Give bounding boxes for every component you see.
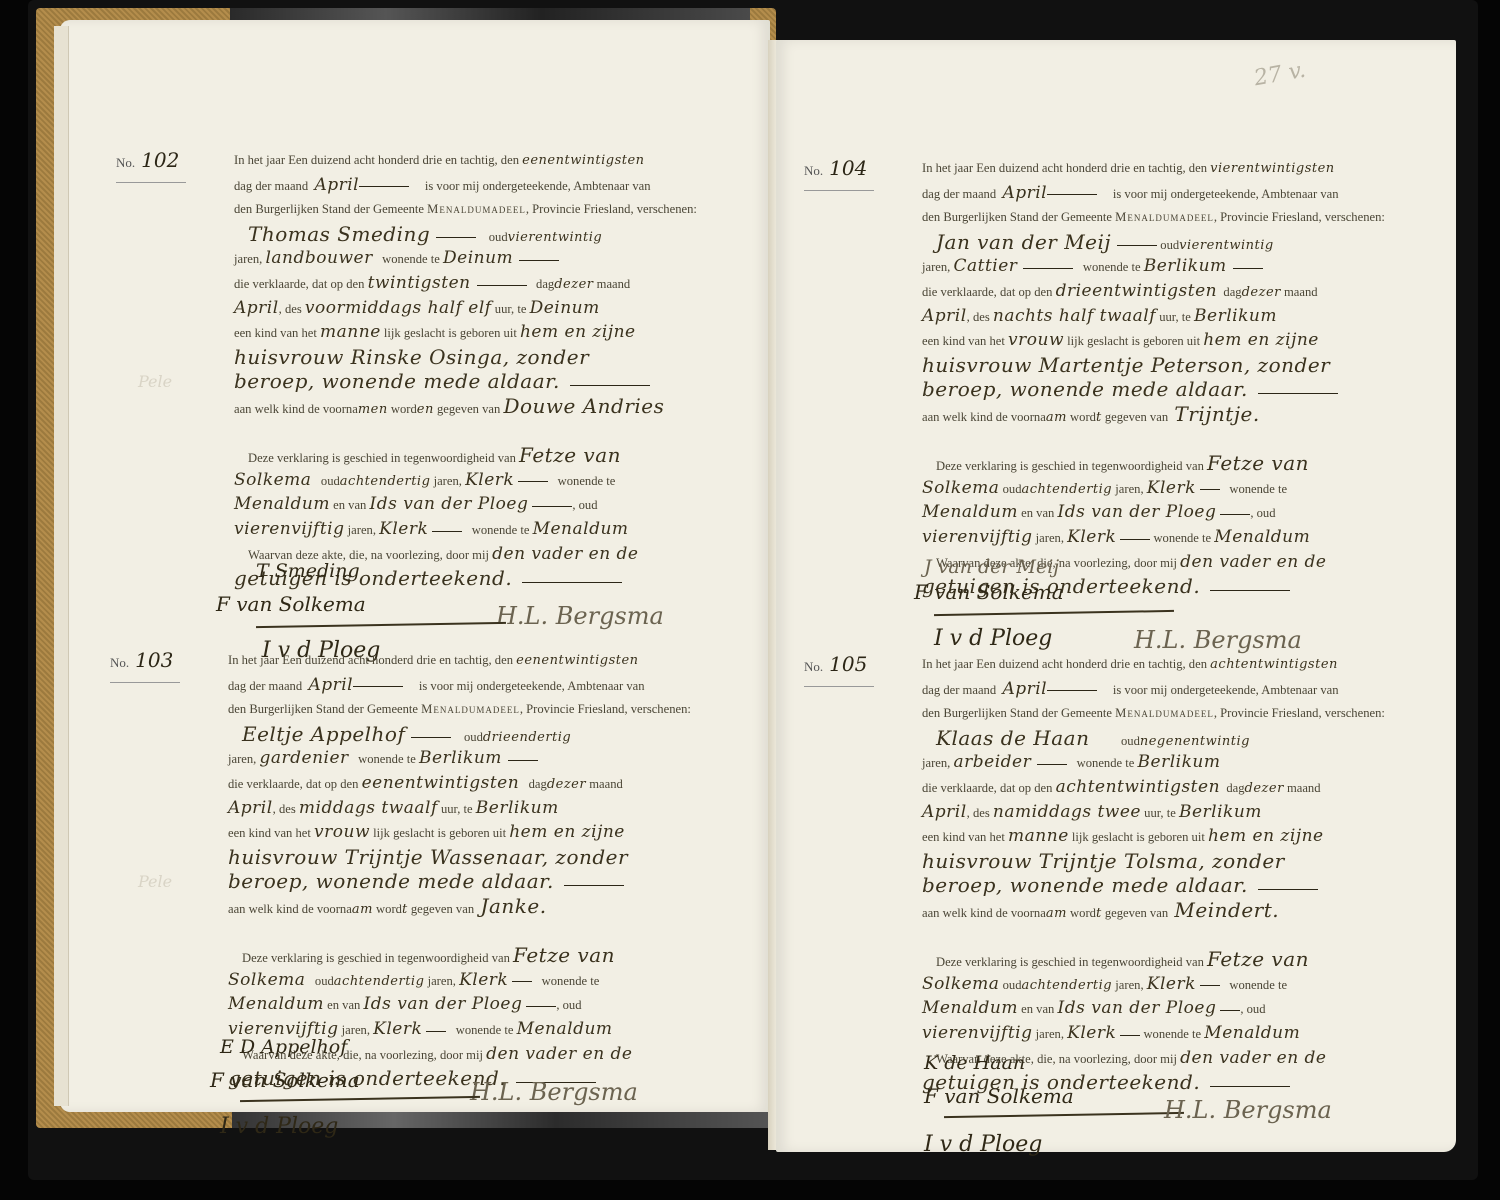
printed-text: wonende te [1229,978,1287,992]
printed-text: een kind van het [922,334,1005,348]
witness1-residence: Menaldum [922,998,1018,1018]
no-label: No. [804,659,823,674]
witness2-age: vierenvijftig [922,1023,1033,1043]
handwritten-text: dezer [554,277,593,292]
birth-day: eenentwintigsten [362,773,520,793]
child-sex: manne [320,322,381,342]
mother-text: huisvrouw Trijntje Tolsma, zonder [922,849,1285,873]
printed-text: aan welk kind de voorna [922,906,1046,920]
printed-text: lijk geslacht is geboren uit [373,826,506,840]
handwritten-text: dezer [547,777,586,792]
child-name: Douwe Andries [503,394,664,418]
municipality: Menaldumadeel [1115,210,1214,224]
printed-text: oud [1160,238,1179,252]
birth-entry-104: No.104 In het jaar Een duizend acht hond… [804,156,1444,636]
mother-text: huisvrouw Martentje Peterson, zonder [922,353,1330,377]
birth-entry-105: No.105 In het jaar Een duizend acht hond… [804,652,1444,1132]
handwritten-date: eenentwintigsten [522,153,644,168]
parents-text: hem en zijne [1203,330,1319,350]
printed-text: lijk geslacht is geboren uit [384,326,517,340]
witness2-residence: Menaldum [1204,1023,1300,1043]
left-page: Pele Pele No.102 In het jaar Een duizend… [60,20,770,1112]
parents-text: hem en zijne [1208,826,1324,846]
printed-text: , des [279,302,302,316]
handwritten-text: dezer [1245,781,1284,796]
printed-text: uur, te [1159,310,1191,324]
printed-text: gegeven van [437,402,500,416]
printed-text: In het jaar Een duizend acht honderd dri… [922,161,1207,175]
printed-text: is voor mij ondergeteekende, Ambtenaar v… [425,179,651,193]
printed-text: jaren, [434,474,462,488]
witness2-residence: Menaldum [1214,527,1310,547]
printed-text: maand [589,777,623,791]
no-label: No. [116,155,135,170]
printed-text: wonende te [358,752,416,766]
witness2-age: vierenvijftig [234,519,345,539]
printed-text: , Provincie Friesland, verschenen: [1214,210,1385,224]
birth-month: April [922,802,967,822]
birth-place: Berlikum [1179,802,1262,822]
municipality: Menaldumadeel [421,702,520,716]
child-sex: vrouw [1008,330,1064,350]
birth-place: Berlikum [476,798,559,818]
declarant-name: Klaas de Haan [936,726,1089,750]
handwritten-date: achtentwintigsten [1210,657,1338,672]
printed-text: wonende te [472,523,530,537]
printed-text: oud [1121,734,1140,748]
printed-text: jaren, [428,974,456,988]
signature-father: J van der Meij [924,556,1059,578]
printed-text: een kind van het [922,830,1005,844]
printed-text: wonende te [542,974,600,988]
handwritten-text: t [1096,410,1102,425]
witness1-occupation: Klerk [1147,478,1196,498]
printed-text: dag [1226,781,1244,795]
page-stack-edge [54,26,69,1106]
entry-number-value: 105 [829,652,867,676]
birth-day: twintigsten [368,273,471,293]
witness1-name: Fetze van [519,443,621,467]
printed-text: oud [464,730,483,744]
birth-day: drieentwintigsten [1056,281,1218,301]
printed-text: wonende te [558,474,616,488]
witness2-name: Ids van der Ploeg [363,994,522,1014]
printed-text: , des [273,802,296,816]
printed-text: word [1070,410,1096,424]
printed-text: In het jaar Een duizend acht honderd dri… [234,153,519,167]
no-label: No. [804,163,823,178]
printed-text: oud [1003,482,1022,496]
witness1-name: Fetze van [1207,947,1309,971]
witness1-surname: Solkema [228,970,305,990]
handwritten-date: eenentwintigsten [516,653,638,668]
municipality: Menaldumadeel [427,202,526,216]
printed-text: een kind van het [234,326,317,340]
printed-text: wonende te [1229,482,1287,496]
printed-text: dag [529,777,547,791]
printed-text: jaren, [1036,531,1064,545]
printed-text: aan welk kind de voorna [228,902,352,916]
printed-text: uur, te [441,802,473,816]
witness2-name: Ids van der Ploeg [369,494,528,514]
signature-father: K de Haan [924,1052,1025,1074]
handwritten-date: vierentwintigsten [1210,161,1335,176]
witness1-residence: Menaldum [922,502,1018,522]
right-page: 27 v. No.104 In het jaar Een duizend ach… [776,40,1456,1152]
residence: Berlikum [1144,256,1227,276]
printed-text: lijk geslacht is geboren uit [1067,334,1200,348]
signatures: E D Appelhof F van Solkema H.L. Bergsma … [210,1036,730,1166]
entry-number-value: 102 [141,148,179,172]
printed-text: en van [333,498,366,512]
printed-text: een kind van het [228,826,311,840]
signature-official: H.L. Bergsma [470,1078,638,1106]
printed-text: Deze verklaring is geschied in tegenwoor… [936,459,1204,473]
mother-text: huisvrouw Trijntje Wassenaar, zonder [228,845,628,869]
printed-text: dag der maand [228,679,302,693]
witness2-occupation: Klerk [1067,527,1116,547]
birth-day: achtentwintigsten [1056,777,1220,797]
handwritten-month: April [314,175,359,195]
witness2-age: vierenvijftig [922,527,1033,547]
handwritten-month: April [1002,679,1047,699]
signature-witness1: F van Solkema [216,592,366,616]
printed-text: jaren, [922,756,950,770]
handwritten-month: April [308,675,353,695]
entry-text: In het jaar Een duizend acht honderd dri… [922,652,1462,1095]
entry-number-value: 104 [829,156,867,180]
birth-time: namiddags twee [993,802,1141,822]
signature-official: H.L. Bergsma [496,602,664,630]
occupation: arbeider [953,752,1031,772]
printed-text: aan welk kind de voorna [922,410,1046,424]
residence: Berlikum [1138,752,1221,772]
witness1-surname: Solkema [234,470,311,490]
witness1-occupation: Klerk [1147,974,1196,994]
printed-text: , oud [1240,1002,1265,1016]
witness2-residence: Menaldum [533,519,629,539]
printed-text: In het jaar Een duizend acht honderd dri… [228,653,513,667]
printed-text: oud [1003,978,1022,992]
residence-text: beroep, wonende mede aldaar. [922,873,1248,897]
witness1-age: achtendertig [1021,978,1112,993]
printed-text: jaren, [1036,1027,1064,1041]
printed-text: lijk geslacht is geboren uit [1072,830,1205,844]
printed-text: wonende te [1153,531,1211,545]
signature-witness2: I v d Ploeg [220,1114,338,1139]
printed-text: gegeven van [411,902,474,916]
printed-text: wonende te [1143,1027,1201,1041]
printed-text: den Burgerlijken Stand der Gemeente [922,706,1112,720]
printed-text: dag der maand [922,683,996,697]
declarant-name: Thomas Smeding [248,222,430,246]
declarant-name: Jan van der Meij [936,230,1111,254]
printed-text: uur, te [495,302,527,316]
entry-text: In het jaar Een duizend acht honderd dri… [228,648,768,1091]
printed-text: In het jaar Een duizend acht honderd dri… [922,657,1207,671]
occupation: landbouwer [265,248,372,268]
printed-text: maand [597,277,631,291]
printed-text: wonende te [1077,756,1135,770]
signature-official: H.L. Bergsma [1164,1096,1332,1124]
printed-text: , oud [556,998,581,1012]
divider [804,686,874,687]
handwritten-text: t [402,902,408,917]
entry-text: In het jaar Een duizend acht honderd dri… [234,148,774,591]
printed-text: word [391,402,417,416]
printed-text: , oud [572,498,597,512]
entry-text: In het jaar Een duizend acht honderd dri… [922,156,1462,599]
printed-text: die verklaarde, dat op den [922,285,1052,299]
declarant-age: drieendertig [483,730,571,745]
witness1-age: achtendertig [334,974,425,989]
printed-text: en van [327,998,360,1012]
printed-text: gegeven van [1105,906,1168,920]
printed-text: aan welk kind de voorna [234,402,358,416]
printed-text: maand [1287,781,1321,795]
printed-text: die verklaarde, dat op den [922,781,1052,795]
printed-text: is voor mij ondergeteekende, Ambtenaar v… [419,679,645,693]
declarant-age: negenentwintig [1140,734,1250,749]
printed-text: dag [1223,285,1241,299]
declarant-age: vierentwintig [1179,238,1274,253]
printed-text: , Provincie Friesland, verschenen: [526,202,697,216]
witness1-name: Fetze van [1207,451,1309,475]
witness1-residence: Menaldum [234,494,330,514]
signatures: K de Haan F van Solkema H.L. Bergsma I v… [904,1052,1424,1182]
birth-month: April [228,798,273,818]
printed-text: die verklaarde, dat op den [228,777,358,791]
printed-text: Deze verklaring is geschied in tegenwoor… [936,955,1204,969]
birth-time: voormiddags half elf [305,298,492,318]
divider [116,182,186,183]
marbled-board-top [230,8,750,20]
handwritten-text: men [358,402,388,417]
parents-text: hem en zijne [520,322,636,342]
birth-entry-103: No.103 In het jaar Een duizend acht hond… [110,648,750,1108]
witness2-occupation: Klerk [1067,1023,1116,1043]
declarant-name: Eeltje Appelhof [242,722,405,746]
divider [804,190,874,191]
residence-text: beroep, wonende mede aldaar. [234,369,560,393]
witness1-occupation: Klerk [459,970,508,990]
occupation: gardenier [259,748,348,768]
birth-time: middags twaalf [299,798,438,818]
printed-text: , Provincie Friesland, verschenen: [1214,706,1385,720]
printed-text: dag der maand [922,187,996,201]
printed-text: jaren, [348,523,376,537]
printed-text: oud [321,474,340,488]
residence-text: beroep, wonende mede aldaar. [228,869,554,893]
birth-month: April [234,298,279,318]
printed-text: den Burgerlijken Stand der Gemeente [922,210,1112,224]
printed-text: jaren, [1115,978,1143,992]
birth-time: nachts half twaalf [993,306,1156,326]
signature-witness2: I v d Ploeg [924,1132,1042,1157]
witness1-name: Fetze van [513,943,615,967]
handwritten-text: en [417,402,434,417]
signature-official: H.L. Bergsma [1134,626,1302,654]
printed-text: die verklaarde, dat op den [234,277,364,291]
no-label: No. [110,655,129,670]
printed-text: , Provincie Friesland, verschenen: [520,702,691,716]
printed-text: en van [1021,506,1054,520]
printed-text: jaren, [922,260,950,274]
entry-number: No.102 [116,148,206,183]
printed-text: jaren, [1115,482,1143,496]
witness2-name: Ids van der Ploeg [1057,998,1216,1018]
witness1-surname: Solkema [922,478,999,498]
printed-text: is voor mij ondergeteekende, Ambtenaar v… [1113,187,1339,201]
witness2-occupation: Klerk [379,519,428,539]
signature-witness1: F van Solkema [210,1068,360,1092]
residence: Berlikum [419,748,502,768]
printed-text: is voor mij ondergeteekende, Ambtenaar v… [1113,683,1339,697]
entry-number: No.105 [804,652,894,687]
printed-text: wonende te [382,252,440,266]
child-name: Trijntje. [1174,402,1259,426]
printed-text: jaren, [228,752,256,766]
printed-text: , oud [1250,506,1275,520]
witness1-surname: Solkema [922,974,999,994]
printed-text: Deze verklaring is geschied in tegenwoor… [248,451,516,465]
printed-text: wonende te [456,1023,514,1037]
printed-text: jaren, [234,252,262,266]
printed-text: dag [536,277,554,291]
printed-text: word [376,902,402,916]
birth-month: April [922,306,967,326]
printed-text: word [1070,906,1096,920]
child-sex: manne [1008,826,1069,846]
witness1-age: achtendertig [1021,482,1112,497]
printed-text: , des [967,310,990,324]
residence-text: beroep, wonende mede aldaar. [922,377,1248,401]
occupation: Cattier [953,256,1017,276]
printed-text: oud [315,974,334,988]
entry-number: No.103 [110,648,200,683]
residence: Deinum [443,248,513,268]
signature-witness2: I v d Ploeg [934,626,1052,651]
printed-text: gegeven van [1105,410,1168,424]
municipality: Menaldumadeel [1115,706,1214,720]
handwritten-text: am [1046,410,1067,425]
printed-text: maand [1284,285,1318,299]
page-number: 27 v. [1252,58,1307,92]
printed-text: en van [1021,1002,1054,1016]
divider [110,682,180,683]
handwritten-month: April [1002,183,1047,203]
signature-father: T Smeding [256,560,360,582]
signature-witness1: F van Solkema [924,1084,1074,1108]
child-name: Meindert. [1174,898,1279,922]
declarant-age: vierentwintig [508,230,603,245]
printed-text: den Burgerlijken Stand der Gemeente [228,702,418,716]
printed-text: dag der maand [234,179,308,193]
entry-number: No.104 [804,156,894,191]
witness1-residence: Menaldum [228,994,324,1014]
signature-witness1: F van Solkema [914,580,1064,604]
printed-text: uur, te [1144,806,1176,820]
birth-entry-102: No.102 In het jaar Een duizend acht hond… [116,148,756,628]
printed-text: den Burgerlijken Stand der Gemeente [234,202,424,216]
birth-place: Berlikum [1194,306,1277,326]
handwritten-text: dezer [1242,285,1281,300]
printed-text: Deze verklaring is geschied in tegenwoor… [242,951,510,965]
child-name: Janke. [480,894,546,918]
entry-number-value: 103 [135,648,173,672]
handwritten-text: t [1096,906,1102,921]
mother-text: huisvrouw Rinske Osinga, zonder [234,345,589,369]
witness1-occupation: Klerk [465,470,514,490]
handwritten-text: am [352,902,373,917]
parents-text: hem en zijne [509,822,625,842]
printed-text: oud [489,230,508,244]
printed-text: jaren, [342,1023,370,1037]
printed-text: , des [967,806,990,820]
printed-text: wonende te [1083,260,1141,274]
witness2-name: Ids van der Ploeg [1057,502,1216,522]
birth-place: Deinum [530,298,600,318]
child-sex: vrouw [314,822,370,842]
signature-father: E D Appelhof [220,1036,347,1058]
witness1-age: achtendertig [340,474,431,489]
handwritten-text: am [1046,906,1067,921]
